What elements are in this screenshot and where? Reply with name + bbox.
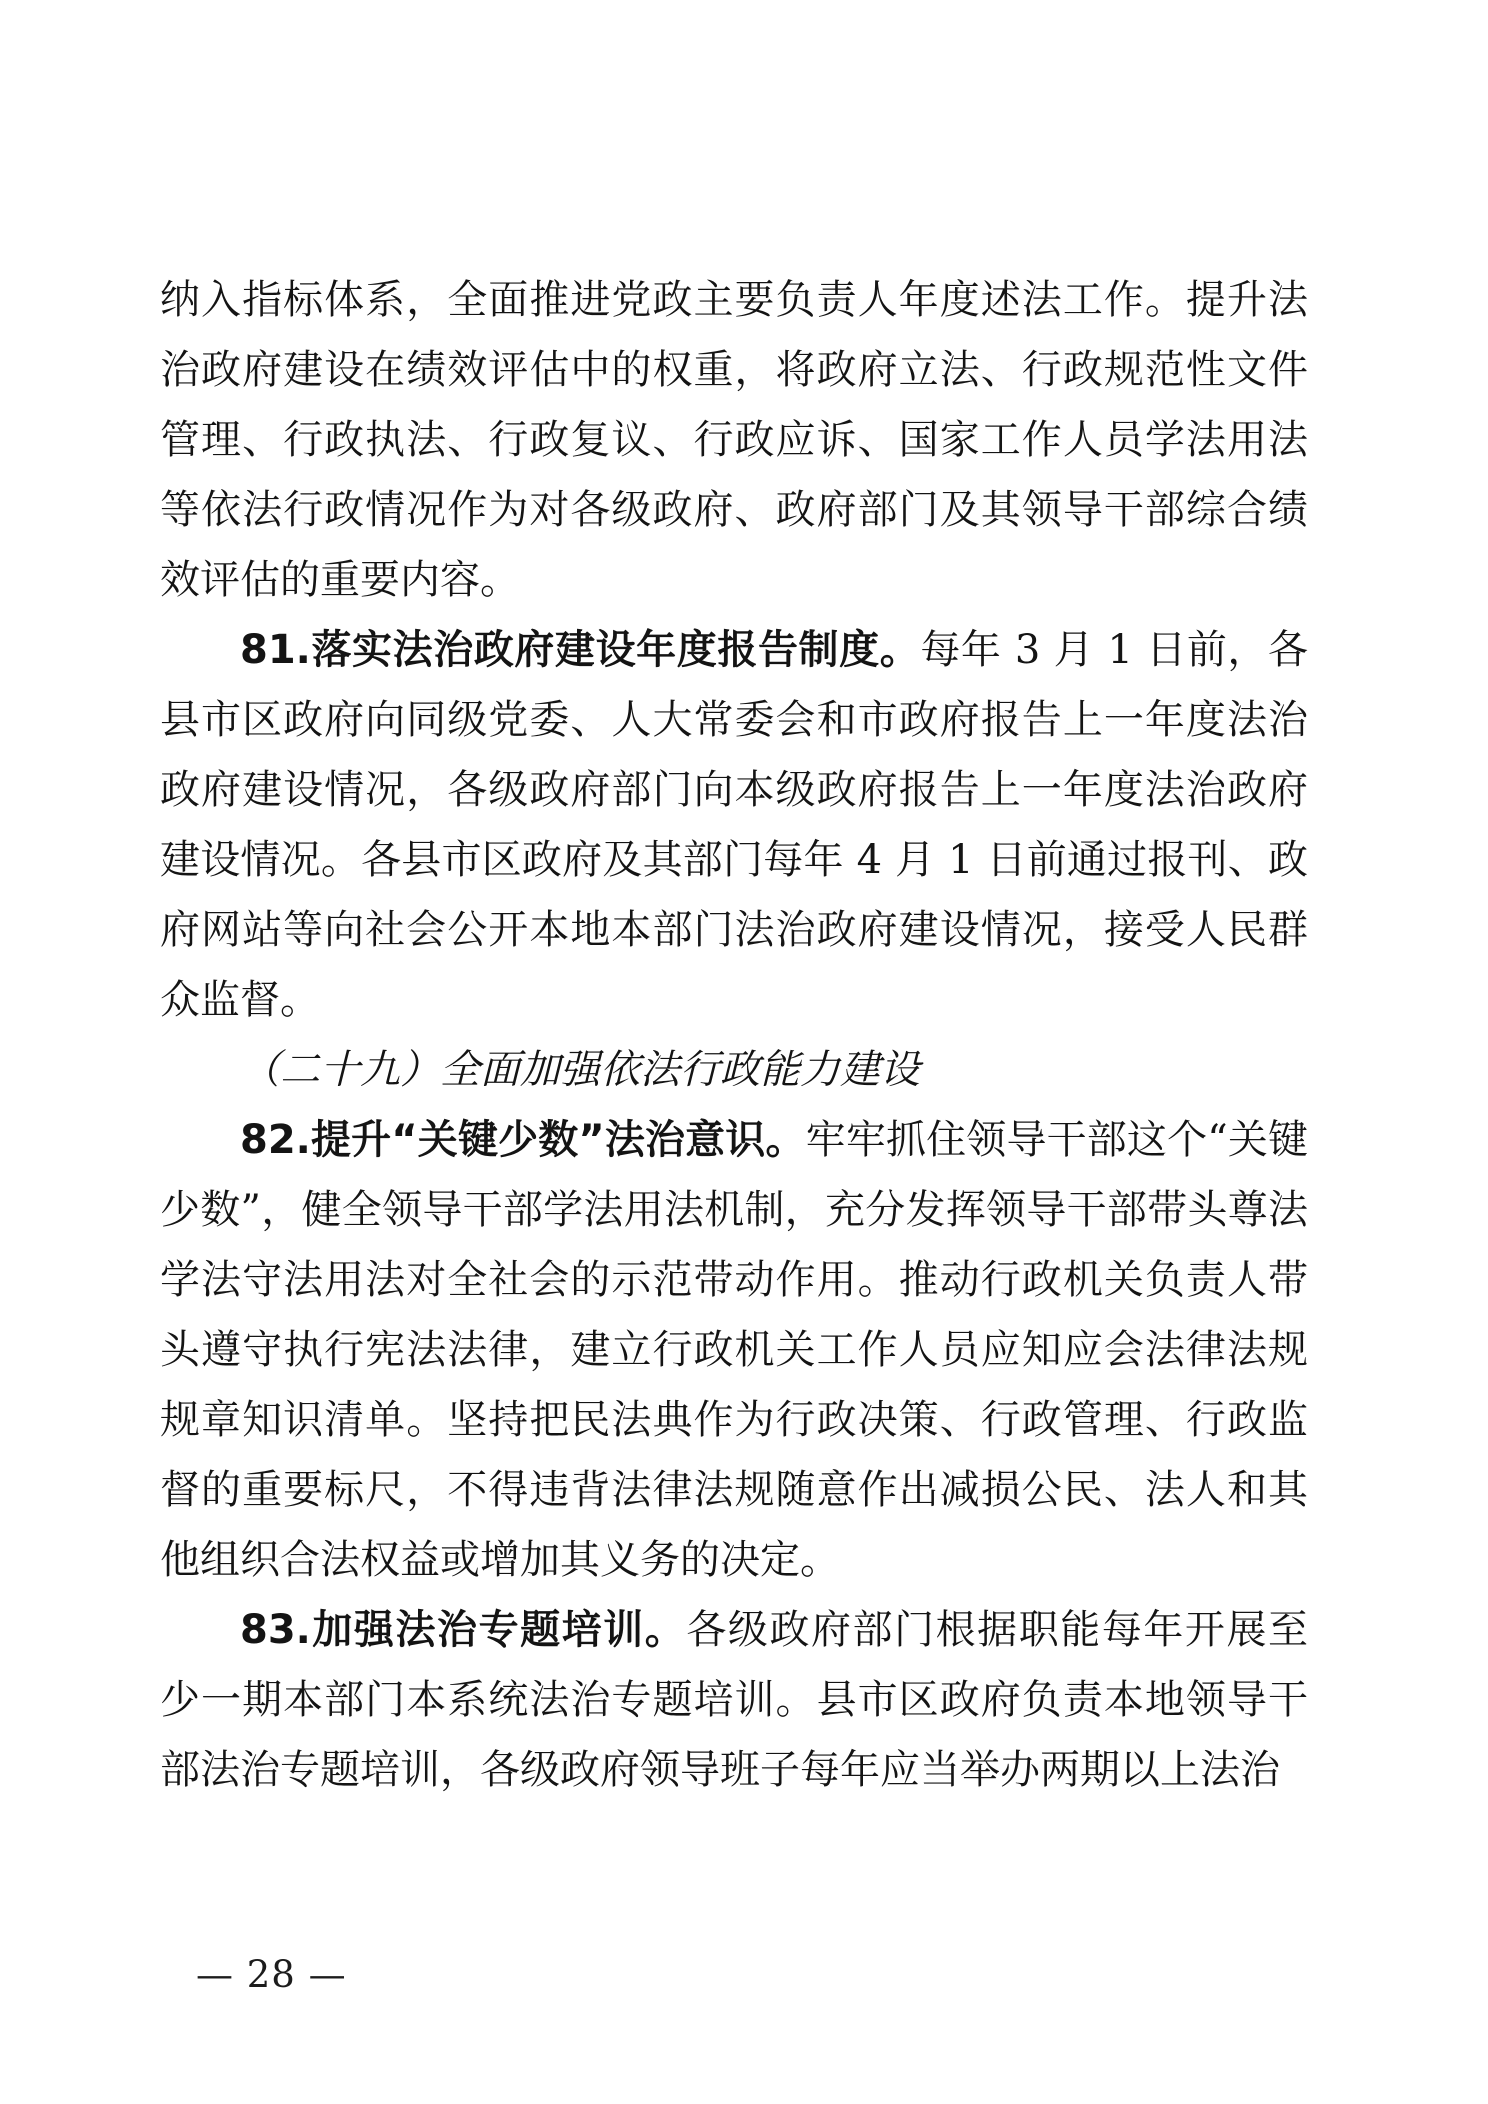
document-page: 纳入指标体系，全面推进党政主要负责人年度述法工作。提升法治政府建设在绩效评估中的… (0, 0, 1488, 2104)
item-81-body: 每年 3 月 1 日前，各县市区政府向同级党委、人大常委会和市政府报告上一年度法… (160, 627, 1308, 1023)
paragraph-item-82: 82.提升“关键少数”法治意识。牢牢抓住领导干部这个“关键少数”，健全领导干部学… (160, 1105, 1308, 1595)
paragraph-continuation: 纳入指标体系，全面推进党政主要负责人年度述法工作。提升法治政府建设在绩效评估中的… (160, 265, 1308, 615)
paragraph-item-83: 83.加强法治专题培训。各级政府部门根据职能每年开展至少一期本部门本系统法治专题… (160, 1595, 1308, 1805)
item-82-body: 牢牢抓住领导干部这个“关键少数”，健全领导干部学法用法机制，充分发挥领导干部带头… (160, 1117, 1308, 1583)
section-heading-29: （二十九）全面加强依法行政能力建设 (160, 1035, 1308, 1105)
item-81-heading: 81.落实法治政府建设年度报告制度。 (240, 627, 920, 673)
item-82-heading: 82.提升“关键少数”法治意识。 (240, 1117, 806, 1163)
page-number: — 28 — (196, 1952, 347, 1998)
page-body-text: 纳入指标体系，全面推进党政主要负责人年度述法工作。提升法治政府建设在绩效评估中的… (160, 265, 1308, 1805)
item-83-heading: 83.加强法治专题培训。 (240, 1607, 686, 1653)
paragraph-item-81: 81.落实法治政府建设年度报告制度。每年 3 月 1 日前，各县市区政府向同级党… (160, 615, 1308, 1035)
